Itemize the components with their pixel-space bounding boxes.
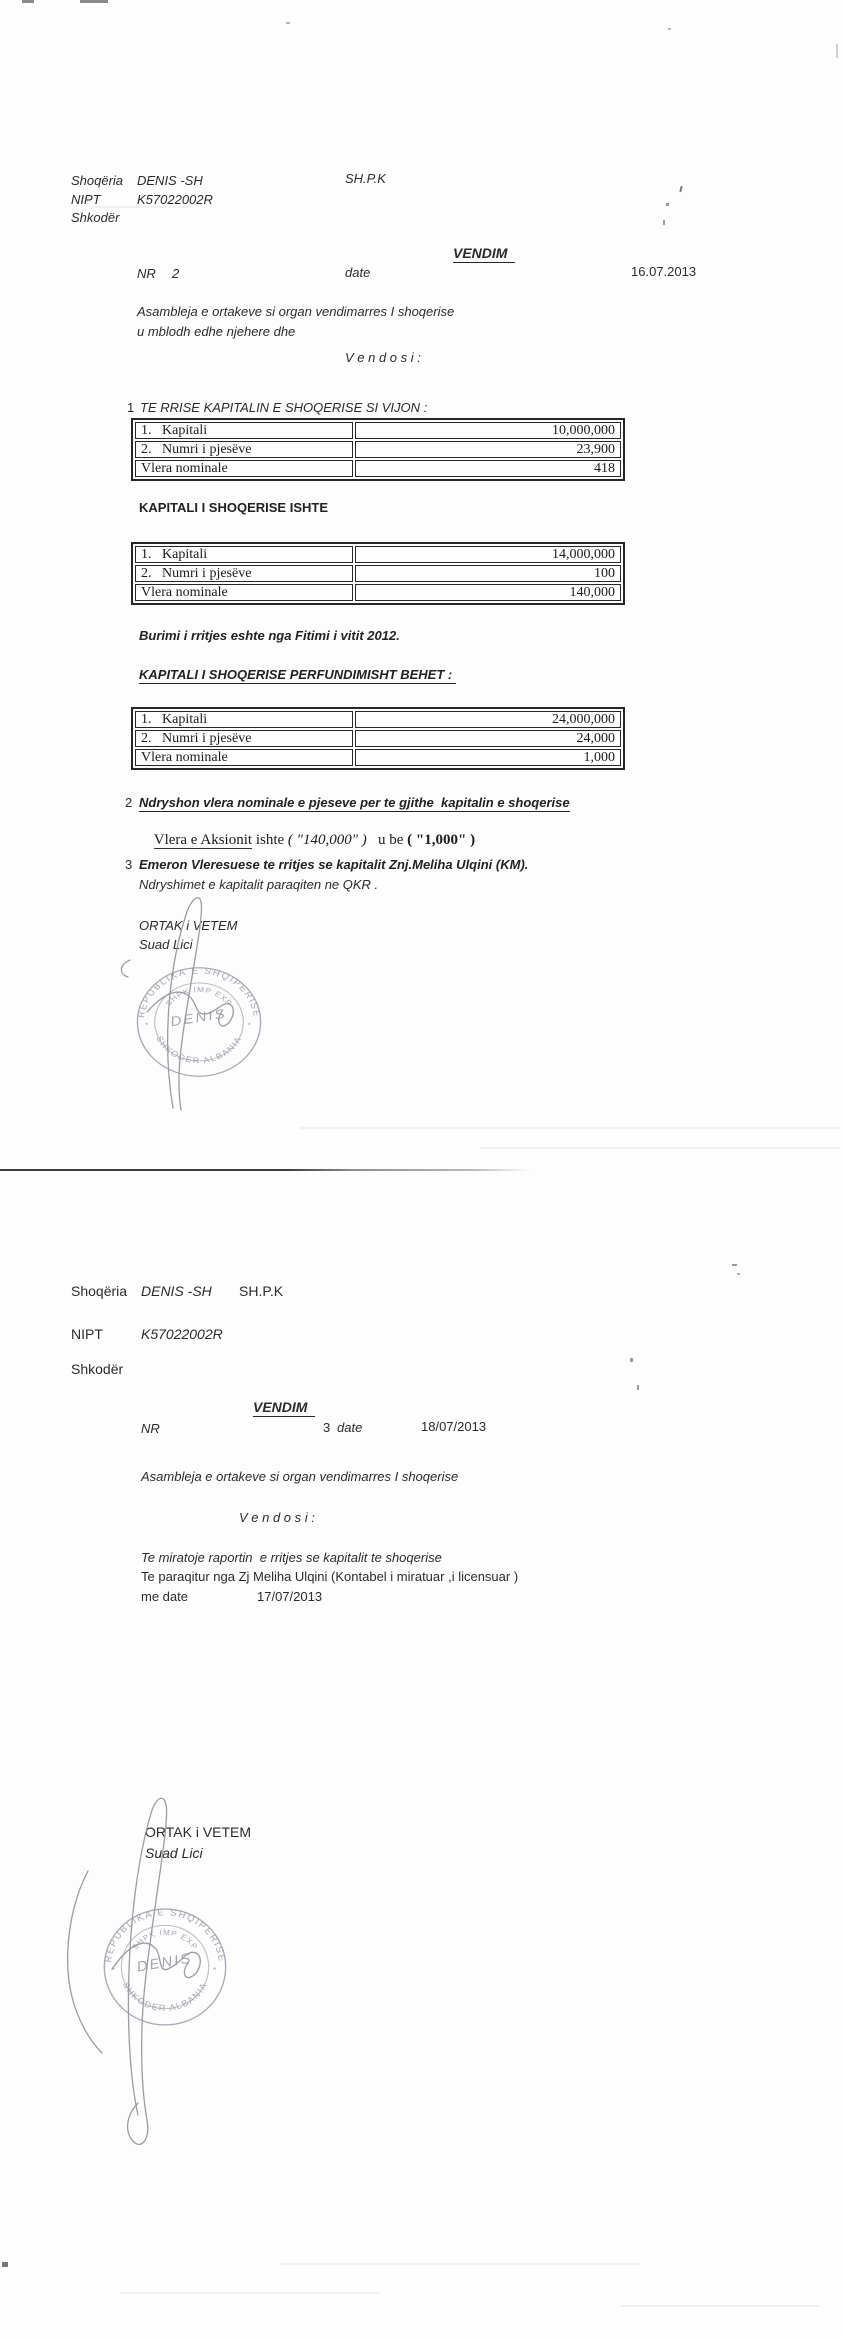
table-cell-label: 1. Kapitali xyxy=(135,711,353,728)
date-label: date xyxy=(337,1420,362,1435)
date-line-label: me date xyxy=(141,1589,188,1604)
scan-artifact xyxy=(286,22,290,24)
signature-stroke xyxy=(121,960,130,977)
nr-value: 2 xyxy=(172,266,179,281)
table-row: Vlera nominale 140,000 xyxy=(135,584,621,601)
vendosi-heading: V e n d o s i : xyxy=(345,350,421,365)
scan-artifact xyxy=(666,203,669,206)
scan-streak xyxy=(120,2292,380,2294)
signature-stroke xyxy=(112,1943,200,1978)
company-label: Shoqëria xyxy=(71,173,123,188)
item2-heading: Ndryshon vlera nominale e pjeseve per te… xyxy=(139,795,570,812)
nipt-label: NIPT xyxy=(71,1326,103,1342)
scan-artifact xyxy=(22,0,34,3)
decision-title: VENDIM xyxy=(253,1399,315,1417)
table-cell-value: 100 xyxy=(355,565,621,582)
table-cell-value: 10,000,000 xyxy=(355,422,621,439)
table-row: Vlera nominale 1,000 xyxy=(135,749,621,766)
new-value: ( "1,000" ) xyxy=(407,832,475,848)
city: Shkodër xyxy=(71,1361,123,1377)
became-text: u be xyxy=(367,832,407,848)
decision-body-line: Te miratoje raportin e rritjes se kapita… xyxy=(141,1550,442,1565)
scan-streak xyxy=(620,2305,820,2307)
intro-line: Asambleja e ortakeve si organ vendimarre… xyxy=(141,1469,458,1484)
table-cell-value: 140,000 xyxy=(355,584,621,601)
nipt-value: K57022002R xyxy=(141,1326,223,1342)
table-cell-label: Vlera nominale xyxy=(135,584,353,601)
scan-streak xyxy=(280,2263,640,2265)
company-suffix: SH.P.K xyxy=(239,1283,283,1299)
signature-stroke xyxy=(147,992,233,1026)
caption-capital-becomes: KAPITALI I SHOQERISE PERFUNDIMISHT BEHET… xyxy=(139,667,456,684)
note-source-of-increase: Burimi i rritjes eshte nga Fitimi i viti… xyxy=(139,628,400,643)
scan-artifact xyxy=(637,1385,639,1390)
nr-label: NR xyxy=(141,1421,160,1436)
city: Shkodër xyxy=(71,210,119,225)
date-value: 16.07.2013 xyxy=(631,264,696,279)
scan-artifact xyxy=(679,186,682,192)
date-value: 18/07/2013 xyxy=(421,1419,486,1434)
company-label: Shoqëria xyxy=(71,1283,127,1299)
table-cell-label: Vlera nominale xyxy=(135,749,353,766)
table-row: 2. Numri i pjesëve 100 xyxy=(135,565,621,582)
table-cell-label: 2. Numri i pjesëve xyxy=(135,565,353,582)
nipt-value: K57022002R xyxy=(137,192,213,207)
scan-artifact xyxy=(80,0,108,3)
intro-line: u mblodh edhe njehere dhe xyxy=(137,324,295,339)
table-row: 2. Numri i pjesëve 24,000 xyxy=(135,730,621,747)
decision-body-line: Te paraqitur nga Zj Meliha Ulqini (Konta… xyxy=(141,1569,518,1584)
capital-table-increase: 1. Kapitali 10,000,000 2. Numri i pjesëv… xyxy=(131,418,625,481)
table-row: 1. Kapitali 14,000,000 xyxy=(135,546,621,563)
signature-stroke xyxy=(168,898,202,1110)
signature xyxy=(105,880,285,1120)
decision-title: VENDIM xyxy=(453,245,515,263)
scanned-document: Shoqëria DENIS -SH SH.P.K NIPT K57022002… xyxy=(0,0,843,2340)
page-separator-line xyxy=(0,1169,843,1171)
nominal-value-subject: Vlera e Aksionit xyxy=(154,832,252,849)
scan-artifact xyxy=(737,1273,740,1275)
capital-table-was: 1. Kapitali 14,000,000 2. Numri i pjesëv… xyxy=(131,542,625,605)
scan-artifact xyxy=(663,220,665,225)
intro-line: Asambleja e ortakeve si organ vendimarre… xyxy=(137,304,454,319)
table-cell-value: 24,000 xyxy=(355,730,621,747)
table-cell-label: 1. Kapitali xyxy=(135,546,353,563)
item3-heading: Emeron Vleresuese te rritjes se kapitali… xyxy=(139,857,528,872)
table-cell-value: 24,000,000 xyxy=(355,711,621,728)
table-cell-value: 1,000 xyxy=(355,749,621,766)
item1-number: 1 xyxy=(127,400,134,415)
caption-capital-was: KAPITALI I SHOQERISE ISHTE xyxy=(139,500,328,515)
nr-label: NR xyxy=(137,266,156,281)
table-cell-value: 23,900 xyxy=(355,441,621,458)
signature xyxy=(40,1785,270,2150)
date-label: date xyxy=(345,265,370,280)
capital-table-final: 1. Kapitali 24,000,000 2. Numri i pjesëv… xyxy=(131,707,625,770)
scan-artifact xyxy=(836,44,838,58)
vendosi-heading: V e n d o s i : xyxy=(239,1510,315,1525)
table-cell-label: 2. Numri i pjesëve xyxy=(135,441,353,458)
item1-heading: TE RRISE KAPITALIN E SHOQERISE SI VIJON … xyxy=(140,400,427,415)
signature-stroke xyxy=(68,1871,102,2053)
scan-artifact xyxy=(668,28,671,30)
table-row: 1. Kapitali 24,000,000 xyxy=(135,711,621,728)
table-cell-label: Vlera nominale xyxy=(135,460,353,477)
table-row: 2. Numri i pjesëve 23,900 xyxy=(135,441,621,458)
item2-number: 2 xyxy=(125,795,132,810)
company-suffix: SH.P.K xyxy=(345,171,386,186)
table-row: 1. Kapitali 10,000,000 xyxy=(135,422,621,439)
scan-streak xyxy=(480,1147,840,1149)
item3-number: 3 xyxy=(125,857,132,872)
scan-artifact xyxy=(732,1264,737,1266)
nipt-label: NIPT xyxy=(71,192,101,207)
signature-stroke xyxy=(128,1798,166,2120)
table-cell-label: 1. Kapitali xyxy=(135,422,353,439)
scan-artifact xyxy=(630,1358,633,1362)
table-row: Vlera nominale 418 xyxy=(135,460,621,477)
scan-artifact xyxy=(2,2262,8,2267)
table-cell-label: 2. Numri i pjesëve xyxy=(135,730,353,747)
old-value: ( "140,000" ) xyxy=(288,832,367,848)
table-cell-value: 418 xyxy=(355,460,621,477)
scan-streak xyxy=(300,1127,840,1129)
nr-value: 3 xyxy=(323,1420,330,1435)
date-line-value: 17/07/2013 xyxy=(257,1589,322,1604)
nominal-value-verb: ishte xyxy=(252,832,288,848)
table-cell-value: 14,000,000 xyxy=(355,546,621,563)
company-name: DENIS -SH xyxy=(137,173,203,188)
company-name: DENIS -SH xyxy=(141,1283,212,1299)
